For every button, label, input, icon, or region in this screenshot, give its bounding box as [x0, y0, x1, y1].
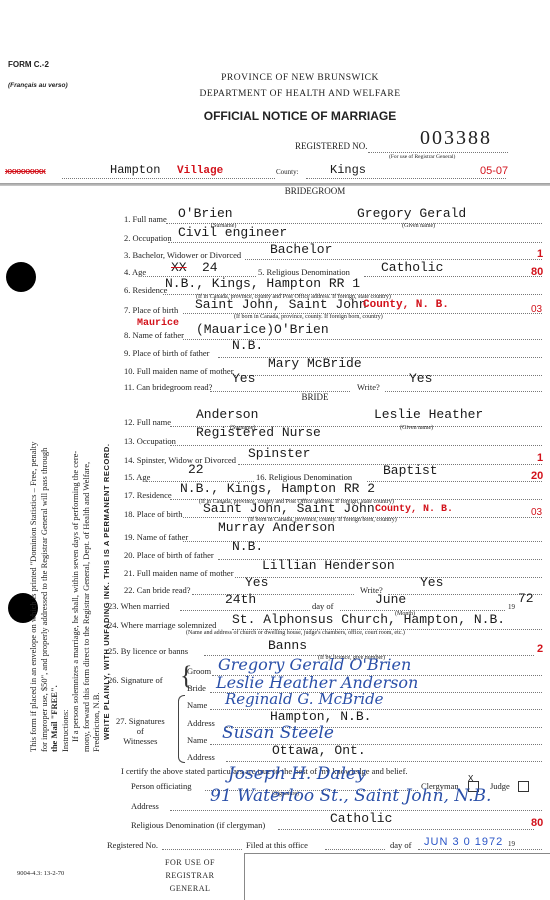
groom-residence: N.B., Kings, Hampton RR 1 [165, 276, 360, 291]
label-filed-day-of: day of [390, 840, 411, 850]
bride-occupation: Registered Nurse [196, 425, 321, 440]
marriage-place: St. Alphonsus Church, Hampton, N.B. [232, 612, 505, 627]
groom-father: (Mauarice)O'Brien [196, 322, 329, 337]
bride-status: Spinster [248, 446, 310, 461]
where-hint: (Name and address of church or dwelling … [186, 630, 405, 636]
label-where-solemnized: 24. Where marriage solemnized [108, 620, 216, 630]
witness2-signature: Susan Steele [222, 723, 334, 743]
filed-date-stamp: JUN 3 0 1972 [424, 836, 503, 848]
label-groom-full-name: 1. Full name [124, 214, 167, 224]
witness-brace [178, 695, 185, 763]
groom-religion-code: 80 [531, 266, 543, 278]
witness2-address: Ottawa, Ont. [272, 743, 366, 758]
label-groom-status: 3. Bachelor, Widower or Divorced [124, 250, 241, 260]
registered-no-label: REGISTERED NO. [295, 141, 368, 151]
judge-checkbox[interactable] [518, 781, 529, 792]
groom-birthplace: Saint John, Saint John [195, 297, 367, 312]
label-groom-father: 8. Name of father [124, 330, 184, 340]
licence-or-banns: Banns [268, 638, 307, 653]
label-officiant-address: Address [131, 801, 159, 811]
bride-religion-code: 20 [531, 470, 543, 482]
licence-code: 2 [537, 643, 543, 655]
groom-status-code: 1 [537, 248, 543, 260]
bride-residence: N.B., Kings, Hampton RR 2 [180, 481, 375, 496]
groom-father-annot: Maurice [137, 318, 179, 329]
birthplace-hint: (If born in Canada, province, county. If… [234, 314, 383, 320]
label-when-married: 23. When married [108, 601, 169, 611]
officiant-religion-code: 80 [531, 817, 543, 829]
registrar-use-box [244, 853, 550, 900]
officiant-signature: Joseph H. Daley [228, 764, 366, 784]
bride-father-birthplace: N.B. [232, 539, 263, 554]
bride-can-write: Yes [420, 575, 443, 590]
label-officiant-religion: Religious Denomination (if clergyman) [131, 820, 265, 830]
label-groom-birthplace: 7. Place of birth [124, 305, 178, 315]
groom-given-name: Gregory Gerald [357, 206, 466, 221]
groom-status: Bachelor [270, 242, 332, 257]
margin-instructions: This form if placed in an envelope on wh… [28, 442, 112, 752]
bride-birthplace-code: 03 [531, 507, 542, 518]
officiant-religion: Catholic [330, 811, 392, 826]
label-bride-residence: 17. Residence [124, 490, 172, 500]
label-groom-write: Write? [357, 382, 380, 392]
label-groom-residence: 6. Residence [124, 285, 167, 295]
label-bride-status: 14. Spinster, Widow or Divorced [124, 455, 236, 465]
county-code: 05-07 [480, 165, 508, 177]
marriage-year: 72 [518, 591, 534, 606]
label-signature-of: 26. Signature of [108, 675, 163, 685]
label-bride-mother: 21. Full maiden name of mother [124, 568, 234, 578]
label-witness2-name: Name [187, 735, 207, 745]
label-bride-father: 19. Name of father [124, 532, 188, 542]
bride-mother: Lillian Henderson [262, 558, 395, 573]
label-witness1-name: Name [187, 700, 207, 710]
groom-birthplace-annot: County, N. B. [363, 299, 449, 311]
groom-mother: Mary McBride [268, 356, 362, 371]
label-licence-or-banns: 25. By licence or banns [108, 646, 188, 656]
place-value: Hampton [110, 163, 160, 177]
label-groom-mother: 10. Full maiden name of mother [124, 366, 234, 376]
groom-father-birthplace: N.B. [232, 338, 263, 353]
label-person-officiating: Person officiating [131, 781, 192, 791]
given-hint: (Given name) [400, 425, 433, 431]
label-day-of: day of [312, 601, 333, 611]
label-witness1-address: Address [187, 718, 215, 728]
registrar-use-label: FOR USE OF REGISTRAR GENERAL [150, 856, 230, 895]
bride-can-read: Yes [245, 575, 268, 590]
groom-birthplace-code: 03 [531, 304, 542, 315]
clergyman-check-mark: X [468, 774, 473, 784]
county-label: County: [276, 168, 299, 176]
label-groom-occupation: 2. Occupation [124, 233, 172, 243]
bridegroom-heading: BRIDEGROOM [80, 186, 550, 196]
label-bride-father-birthplace: 20. Place of birth of father [124, 550, 214, 560]
registrar-note: (For use of Registrar General) [389, 154, 455, 160]
bride-birthplace: Saint John, Saint John [203, 501, 375, 516]
label-filed-year-prefix: 19 [508, 840, 515, 848]
county-value: Kings [330, 163, 366, 177]
label-witness2-address: Address [187, 752, 215, 762]
label-groom-father-birthplace: 9. Place of birth of father [124, 348, 209, 358]
label-filed: Filed at this office [246, 840, 308, 850]
label-registered-no: Registered No. [107, 840, 158, 850]
french-note: (Français au verso) [8, 82, 68, 89]
bride-status-code: 1 [537, 452, 543, 464]
label-bride-occupation: 13. Occupation [124, 436, 176, 446]
label-year-prefix: 19 [508, 603, 515, 611]
bride-birthplace-annot: County, N. B. [375, 504, 453, 515]
place-type: Village [177, 165, 223, 177]
witness1-signature: Reginald G. McBride [225, 690, 384, 708]
officiant-address: 91 Waterloo St., Saint John, N.B. [210, 786, 491, 806]
bride-father: Murray Anderson [218, 520, 335, 535]
bride-surname: Anderson [196, 407, 258, 422]
form-code: FORM C.-2 [8, 60, 49, 69]
label-witnesses: 27. Signatures of Witnesses [116, 716, 165, 746]
page-title: OFFICIAL NOTICE OF MARRIAGE [0, 109, 550, 123]
groom-can-read: Yes [232, 371, 255, 386]
groom-occupation: Civil engineer [178, 225, 287, 240]
groom-age: 24 [202, 260, 218, 275]
groom-religion: Catholic [381, 260, 443, 275]
bride-heading: BRIDE [80, 392, 550, 402]
punch-hole-top [6, 262, 36, 292]
bride-religion: Baptist [383, 463, 438, 478]
registered-no: 003388 [420, 127, 492, 150]
label-bride-birthplace: 18. Place of birth [124, 509, 183, 519]
label-bride-can-read: 22. Can bride read? [124, 585, 191, 595]
label-groom-can-read: 11. Can bridegroom read? [124, 382, 212, 392]
label-bride-full-name: 12. Full name [124, 417, 171, 427]
struck-stamp: XXXXXXXXX [5, 167, 46, 176]
bride-age: 22 [188, 462, 204, 477]
print-code: 9004-4.3: 13-2-70 [17, 870, 64, 877]
groom-signature: Gregory Gerald O'Brien [218, 655, 411, 674]
given-hint: (Given name) [402, 223, 435, 229]
department-heading: DEPARTMENT OF HEALTH AND WELFARE [0, 89, 550, 99]
witness1-address: Hampton, N.B. [270, 709, 371, 724]
groom-age-struck: XX [171, 260, 187, 275]
label-judge: Judge [490, 781, 510, 791]
bride-given-name: Leslie Heather [374, 407, 483, 422]
province-heading: PROVINCE OF NEW BRUNSWICK [0, 73, 550, 83]
marriage-month: June [375, 592, 406, 607]
label-groom-signature: Groom [187, 666, 211, 676]
marriage-day: 24th [225, 592, 256, 607]
label-bride-signature: Bride [187, 683, 206, 693]
groom-surname: O'Brien [178, 206, 233, 221]
groom-can-write: Yes [409, 371, 432, 386]
